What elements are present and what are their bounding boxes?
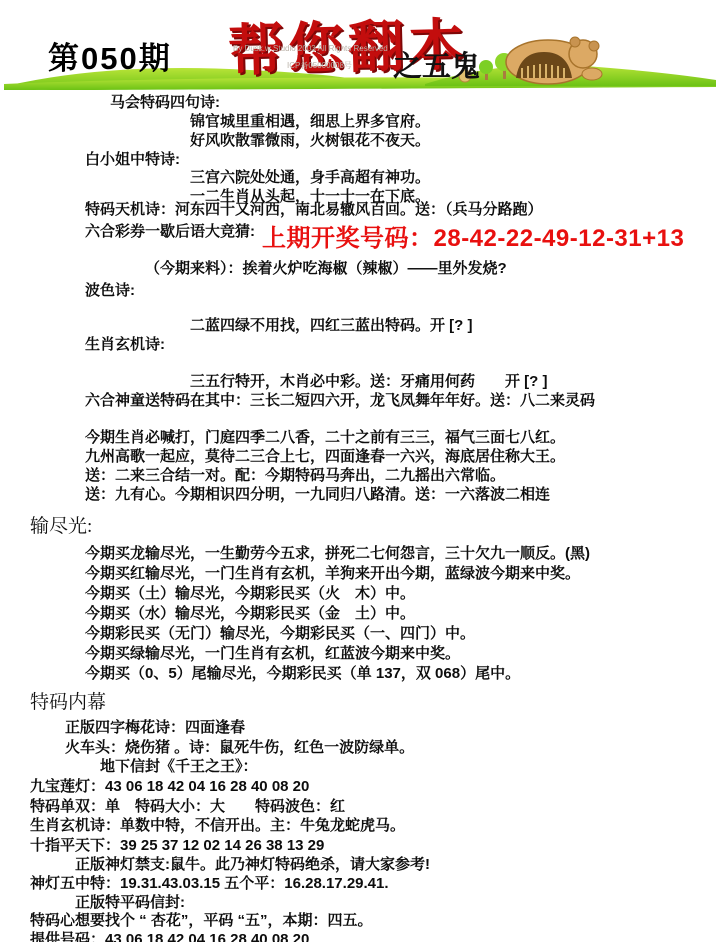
text-line: 送：二来三合结一对。配：今期特码马奔出，二九摇出六常临。 <box>85 466 505 485</box>
text-line: 生肖玄机诗: <box>85 335 165 354</box>
section-header-neimu: 特码内幕 <box>30 687 106 714</box>
issue-number: 第050期 <box>48 33 172 78</box>
text-line: 波色诗: <box>85 281 135 300</box>
section-header-shujinguang: 输尽光: <box>30 511 92 538</box>
page-subtitle: 之五鬼 <box>393 44 480 85</box>
text-line: 今期生肖必喊打，门庭四季二八香，二十之前有三三，福气三面七八红。 <box>85 428 565 447</box>
text-line: 特码天机诗：河东四十又河西，南北易辙风百回。送：（兵马分路跑） <box>85 200 543 219</box>
text-line: 特码心想要找个 “ 杏花”，平码 “五”，本期：四五。 <box>30 911 373 930</box>
text-line: 九宝莲灯：43 06 18 42 04 16 28 40 08 20 <box>30 777 309 796</box>
text-line: 锦官城里重相遇，细思上界多官府。 <box>190 112 430 131</box>
text-line: 今期买（0、5）尾输尽光，今期彩民买（单 137，双 068）尾中。 <box>85 664 520 683</box>
text-line: 六合彩券一歇后语大竞猜: <box>85 222 255 241</box>
tree-icon <box>479 60 493 74</box>
text-line: 马会特码四句诗: <box>110 93 220 112</box>
text-line: 三宫六院处处通，身手高超有神功。 <box>190 168 430 187</box>
text-line: 今期买（土）输尽光，今期彩民买（火 木）中。 <box>85 584 415 603</box>
watermark-line2: ICP备05000008号 <box>287 60 352 71</box>
text-line: 二蓝四绿不用找，四红三蓝出特码。开 [? ] <box>190 316 473 335</box>
text-line: 正版特平码信封: <box>75 893 185 912</box>
text-line: 生肖玄机诗：单数中特，不信开出。主：牛兔龙蛇虎马。 <box>30 816 405 835</box>
text-line: （今期来料）：挨着火炉吃海椒（辣椒）——里外发烧? <box>145 259 507 278</box>
text-line: 今期买红输尽光，一门生肖有玄机，羊狗来开出今期，蓝绿波今期来中奖。 <box>85 564 580 583</box>
previous-draw-numbers: 上期开奖号码：28-42-22-49-12-31+13 <box>262 218 684 253</box>
text-line: 特码单双：单 特码大小：大 特码波色：红 <box>30 797 345 816</box>
bear-mascot-icon <box>506 37 602 84</box>
text-line: 今期买（水）输尽光，今期彩民买（金 土）中。 <box>85 604 415 623</box>
text-line: 神灯五中特：19.31.43.03.15 五个平：16.28.17.29.41. <box>30 874 389 893</box>
text-line: 今期买龙输尽光，一生勤劳今五求，拼死二七何怨言，三十欠九一顺反。(黑) <box>85 544 590 563</box>
text-line: 提供号码：43 06 18 42 04 16 28 40 08 20 <box>30 930 309 942</box>
text-line: 正版四字梅花诗：四面逢春 <box>65 718 245 737</box>
text-line: 十指平天下：39 25 37 12 02 14 26 38 13 29 <box>30 836 324 855</box>
text-line: 好风吹散霏微雨，火树银花不夜天。 <box>190 131 430 150</box>
text-line: 六合神童送特码在其中：三长二短四六开，龙飞凤舞年年好。送：八二来灵码 <box>85 391 595 410</box>
text-line: 今期彩民买（无门）输尽光，今期彩民买（一、四门）中。 <box>85 624 475 643</box>
text-line: 九州高歌一起应，莫待二三合上七，四面逢春一六兴，海底居住称大王。 <box>85 447 565 466</box>
text-line: 火车头：烧伤猪 。诗：鼠死牛伤，红色一波防绿单。 <box>65 738 414 757</box>
watermark-line1: By Dusk.w Studio 2003 All Rights Reserve… <box>233 44 388 53</box>
text-line: 送：九有心。今期相识四分明，一九同归八路清。送：一六落波二相连 <box>85 485 550 504</box>
lottery-tipsheet-page: 第050期 帮您翻本 之五鬼 By Dusk.w Studio 2003 All… <box>0 0 720 942</box>
text-line: 正版神灯禁支:鼠牛。此乃神灯特码绝杀，请大家参考! <box>75 855 430 874</box>
text-line: 白小姐中特诗: <box>85 150 180 169</box>
text-line: 地下信封《千王之王》： <box>100 757 258 776</box>
text-line: 三五行特开，木肖必中彩。送：牙痛用何药 开 [? ] <box>190 372 548 391</box>
text-line: 今期买绿输尽光，一门生肖有玄机，红蓝波今期来中奖。 <box>85 644 460 663</box>
